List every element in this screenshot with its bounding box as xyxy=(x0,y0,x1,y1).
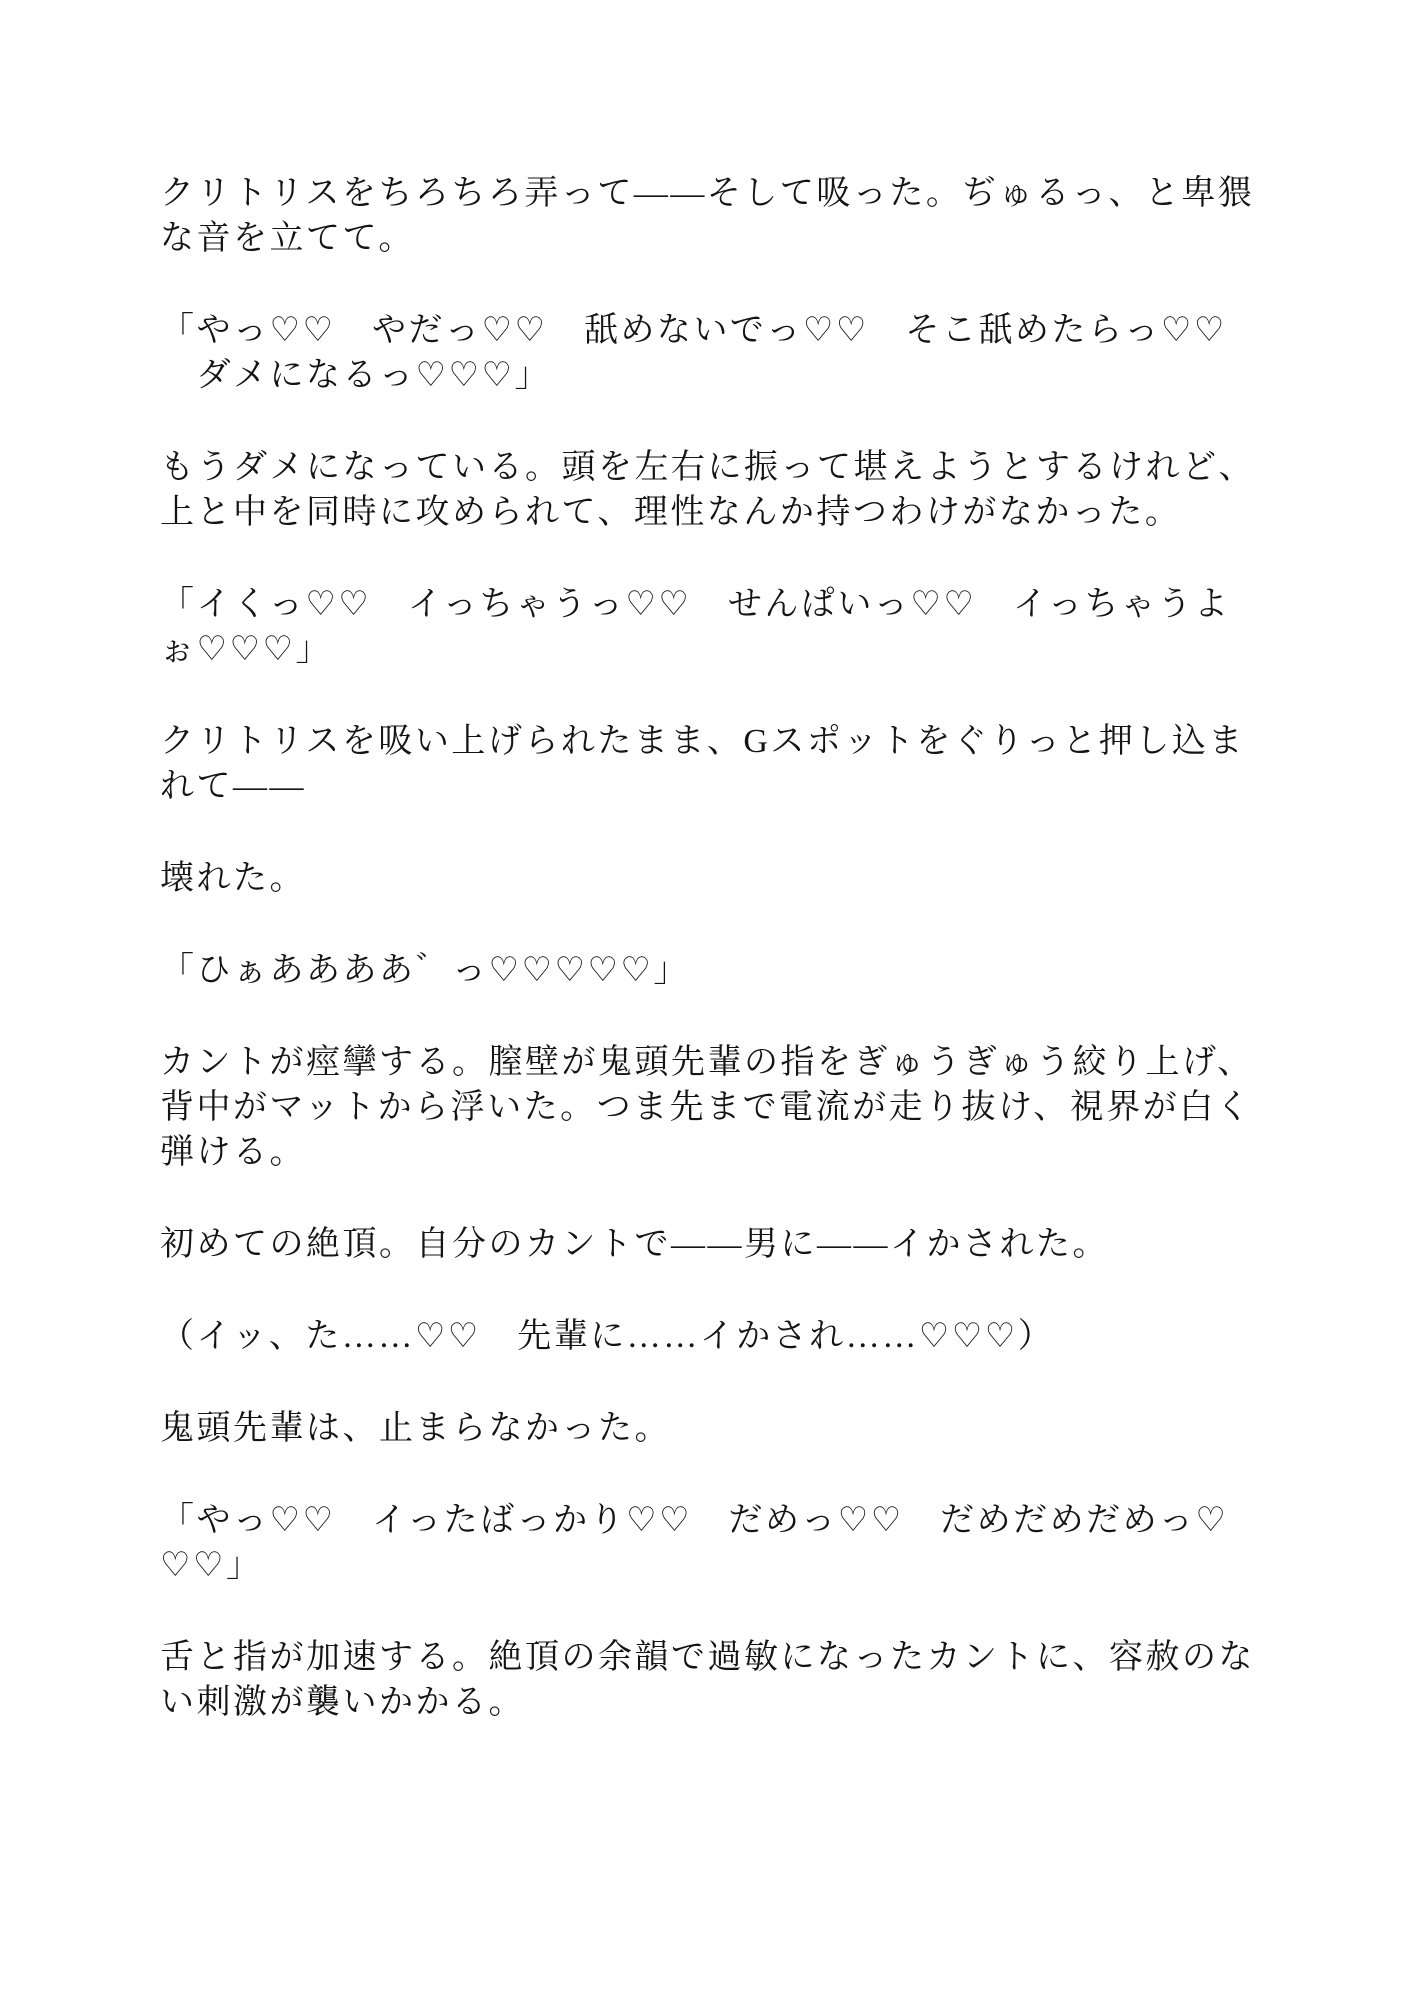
text-line: 背中がマットから浮いた。つま先まで電流が走り抜け、視界が白く xyxy=(160,1085,1260,1130)
text-line: 初めての絶頂。自分のカントで——男に——イかされた。 xyxy=(160,1222,1260,1267)
text-line: い刺激が襲いかかる。 xyxy=(160,1680,1260,1725)
text-line: な音を立てて。 xyxy=(160,216,1260,261)
text-line: れて—— xyxy=(160,764,1260,809)
paragraph: カントが痙攣する。膣壁が鬼頭先輩の指をぎゅうぎゅう絞り上げ、背中がマットから浮い… xyxy=(160,1040,1260,1175)
paragraph: 「ひぁああああ゛っ♡♡♡♡♡」 xyxy=(160,948,1260,993)
paragraph: 「イくっ♡♡ イっちゃうっ♡♡ せんぱいっ♡♡ イっちゃうよぉ♡♡♡」 xyxy=(160,582,1260,672)
paragraph: 初めての絶頂。自分のカントで——男に——イかされた。 xyxy=(160,1222,1260,1267)
text-line: クリトリスを吸い上げられたまま、Gスポットをぐりっと押し込ま xyxy=(160,719,1260,764)
text-line: ダメになるっ♡♡♡」 xyxy=(160,353,1260,398)
paragraph: （イッ、た……♡♡ 先輩に……イかされ……♡♡♡） xyxy=(160,1314,1260,1359)
text-line: （イッ、た……♡♡ 先輩に……イかされ……♡♡♡） xyxy=(160,1314,1260,1359)
paragraph: クリトリスを吸い上げられたまま、Gスポットをぐりっと押し込まれて—— xyxy=(160,719,1260,809)
paragraph: クリトリスをちろちろ弄って——そして吸った。ぢゅるっ、と卑猥な音を立てて。 xyxy=(160,171,1260,261)
text-line: クリトリスをちろちろ弄って——そして吸った。ぢゅるっ、と卑猥 xyxy=(160,171,1260,216)
text-line: ♡♡」 xyxy=(160,1543,1260,1588)
text-line: 「イくっ♡♡ イっちゃうっ♡♡ せんぱいっ♡♡ イっちゃうよ xyxy=(160,582,1260,627)
document-text: クリトリスをちろちろ弄って——そして吸った。ぢゅるっ、と卑猥な音を立てて。「やっ… xyxy=(160,171,1260,1772)
text-line: 鬼頭先輩は、止まらなかった。 xyxy=(160,1406,1260,1451)
text-line: 上と中を同時に攻められて、理性なんか持つわけがなかった。 xyxy=(160,490,1260,535)
paragraph: 「やっ♡♡ イったばっかり♡♡ だめっ♡♡ だめだめだめっ♡♡♡」 xyxy=(160,1498,1260,1588)
paragraph: 鬼頭先輩は、止まらなかった。 xyxy=(160,1406,1260,1451)
document-page: クリトリスをちろちろ弄って——そして吸った。ぢゅるっ、と卑猥な音を立てて。「やっ… xyxy=(0,0,1415,2000)
text-line: 「ひぁああああ゛っ♡♡♡♡♡」 xyxy=(160,948,1260,993)
text-line: カントが痙攣する。膣壁が鬼頭先輩の指をぎゅうぎゅう絞り上げ、 xyxy=(160,1040,1260,1085)
text-line: 弾ける。 xyxy=(160,1130,1260,1175)
text-line: 「やっ♡♡ やだっ♡♡ 舐めないでっ♡♡ そこ舐めたらっ♡♡ xyxy=(160,308,1260,353)
text-line: 舌と指が加速する。絶頂の余韻で過敏になったカントに、容赦のな xyxy=(160,1635,1260,1680)
text-line: 「やっ♡♡ イったばっかり♡♡ だめっ♡♡ だめだめだめっ♡ xyxy=(160,1498,1260,1543)
paragraph: 壊れた。 xyxy=(160,856,1260,901)
text-line: ぉ♡♡♡」 xyxy=(160,627,1260,672)
text-line: もうダメになっている。頭を左右に振って堪えようとするけれど、 xyxy=(160,445,1260,490)
paragraph: 「やっ♡♡ やだっ♡♡ 舐めないでっ♡♡ そこ舐めたらっ♡♡ ダメになるっ♡♡♡… xyxy=(160,308,1260,398)
paragraph: 舌と指が加速する。絶頂の余韻で過敏になったカントに、容赦のない刺激が襲いかかる。 xyxy=(160,1635,1260,1725)
text-line: 壊れた。 xyxy=(160,856,1260,901)
paragraph: もうダメになっている。頭を左右に振って堪えようとするけれど、上と中を同時に攻めら… xyxy=(160,445,1260,535)
